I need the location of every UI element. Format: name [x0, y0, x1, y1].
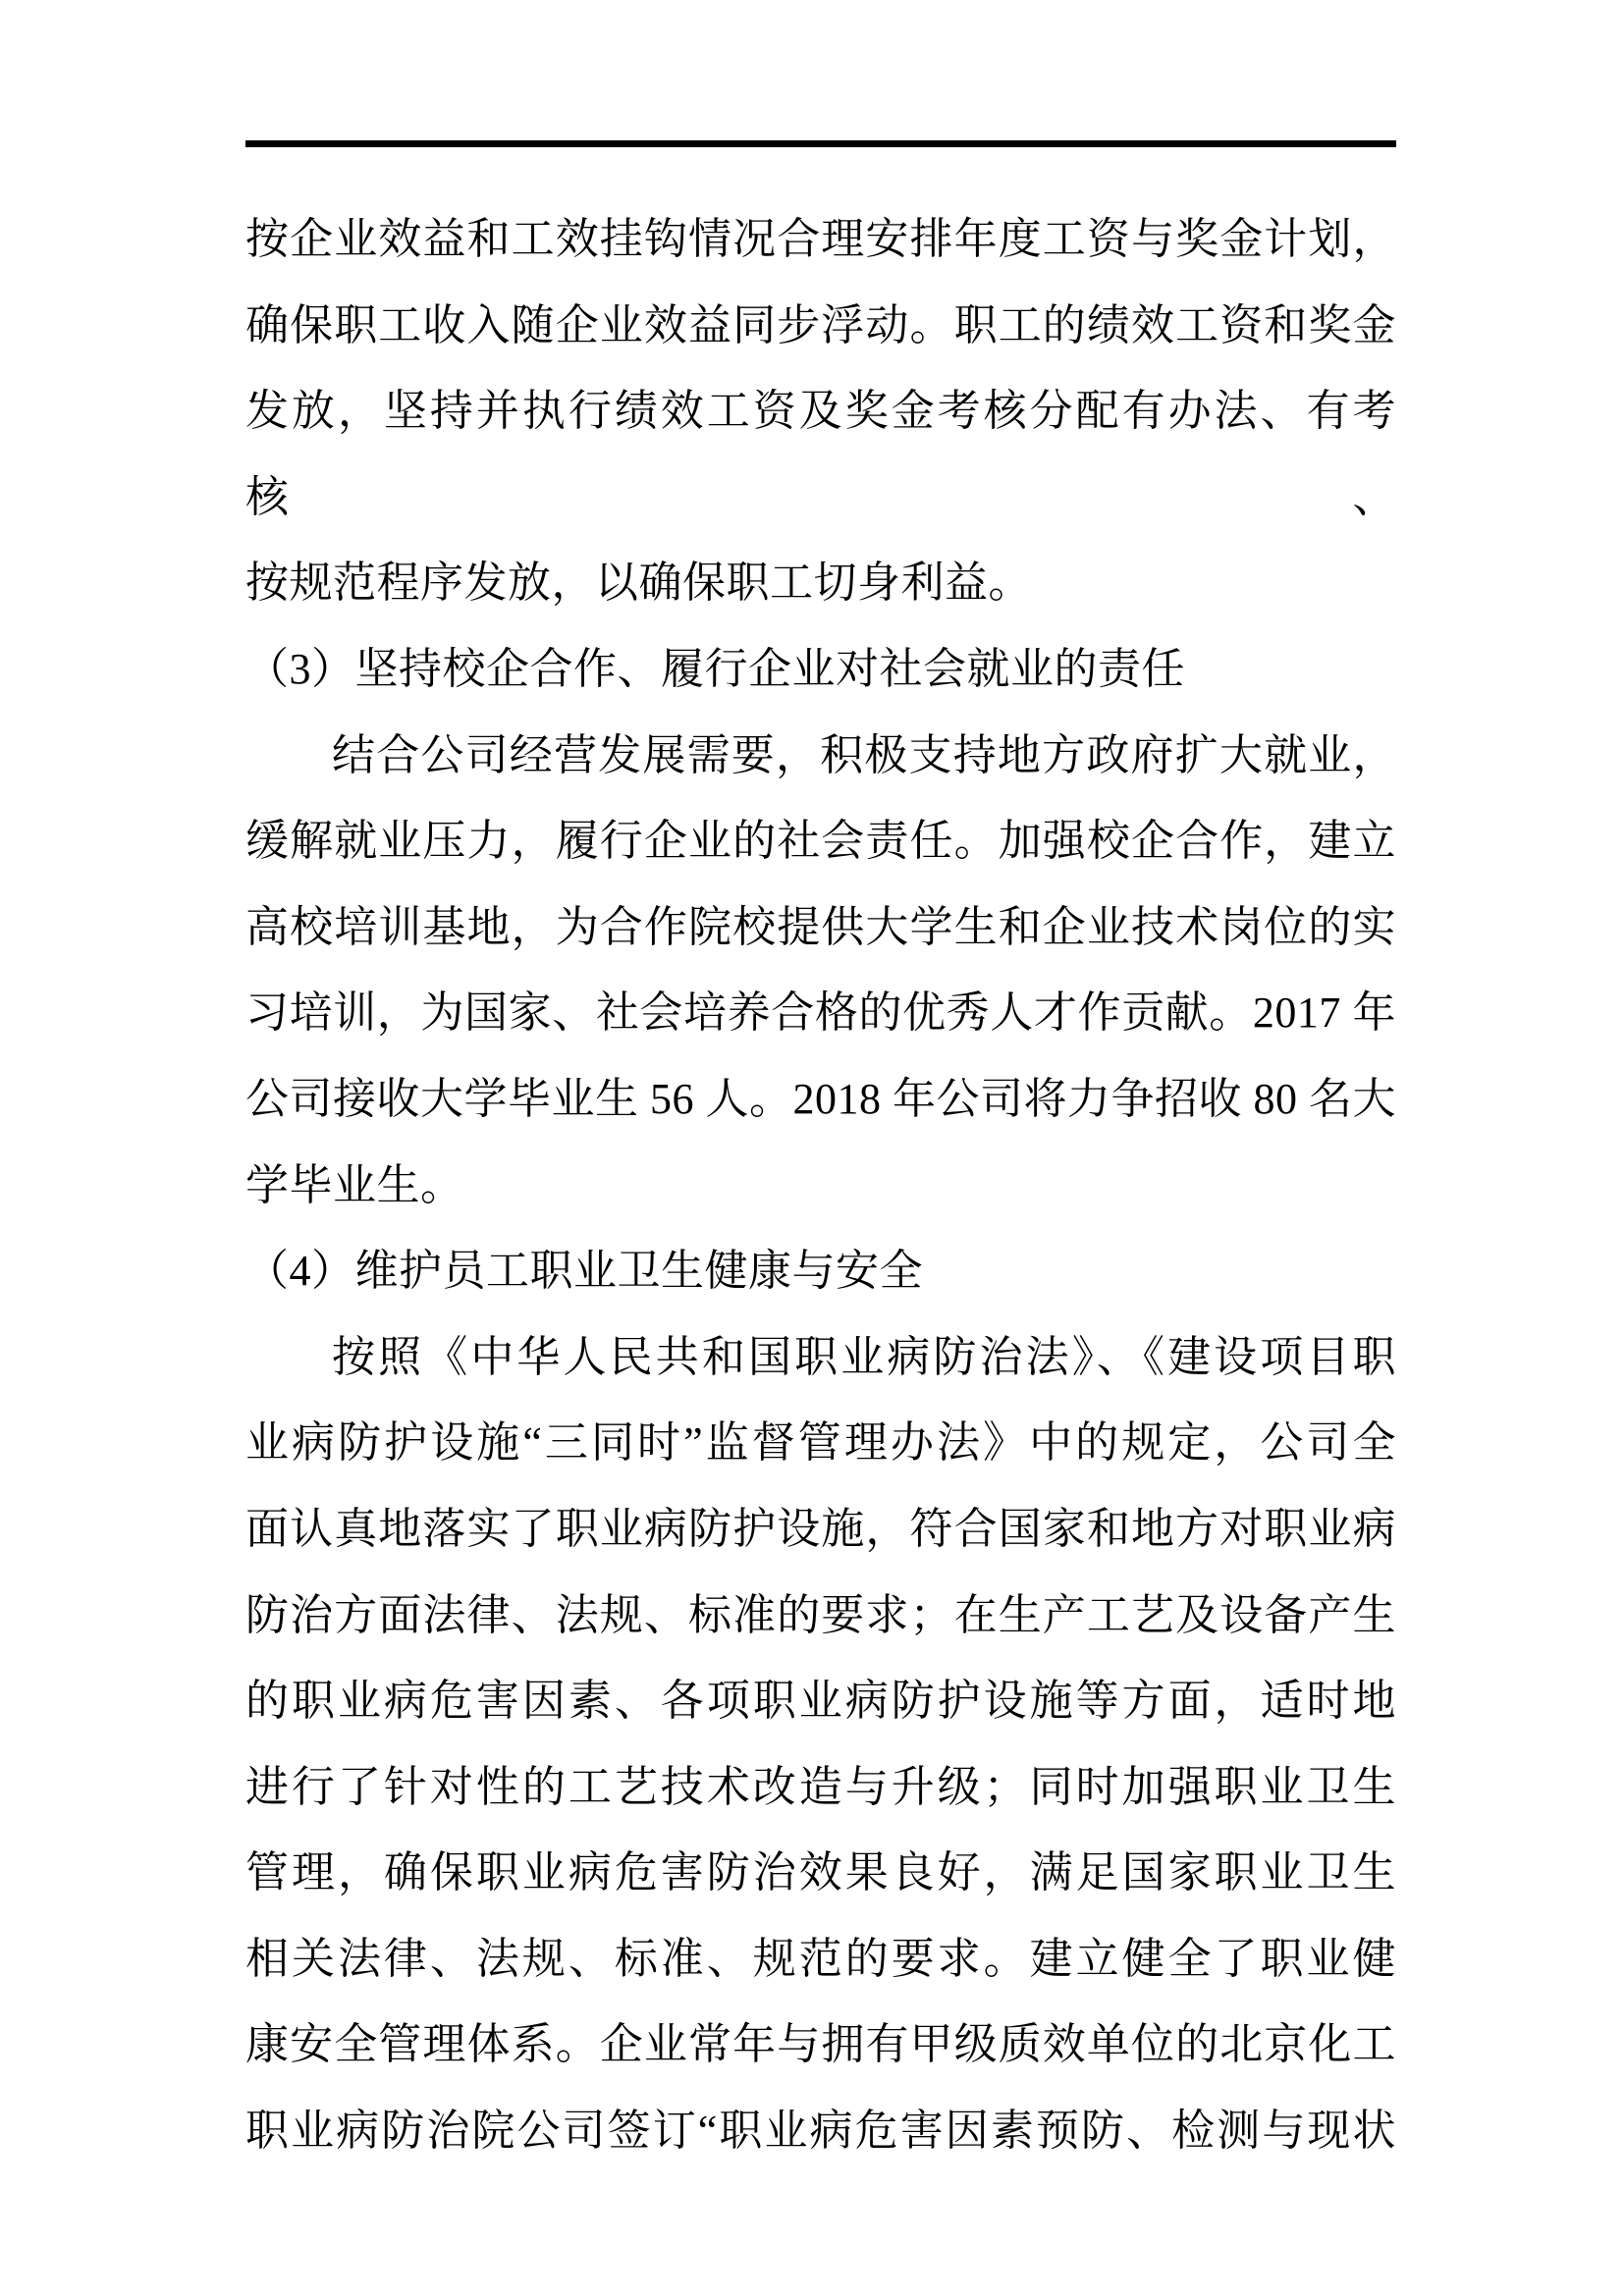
text-line: 确保职工收入随企业效益同步浮动。职工的绩效工资和奖金 — [245, 283, 1396, 369]
text-line: 防治方面法律、法规、标准的要求；在生产工艺及设备产生 — [245, 1573, 1396, 1659]
section-heading: （4）维护员工职业卫生健康与安全 — [245, 1228, 1396, 1314]
text-line: 康安全管理体系。企业常年与拥有甲级质效单位的北京化工 — [245, 2002, 1396, 2088]
text-line: 按规范程序发放，以确保职工切身利益。 — [245, 540, 1396, 626]
text-line: 结合公司经营发展需要，积极支持地方政府扩大就业， — [245, 713, 1396, 799]
text-line: 缓解就业压力，履行企业的社会责任。加强校企合作，建立 — [245, 798, 1396, 884]
text-line: 习培训，为国家、社会培养合格的优秀人才作贡献。2017 年 — [245, 970, 1396, 1056]
text-line: 公司接收大学毕业生 56 人。2018 年公司将力争招收 80 名大 — [245, 1056, 1396, 1143]
text-line: 按企业效益和工效挂钩情况合理安排年度工资与奖金计划， — [245, 196, 1396, 283]
text-line: 职业病防治院公司签订“职业病危害因素预防、检测与现状 — [245, 2088, 1396, 2174]
text-line: 管理，确保职业病危害防治效果良好，满足国家职业卫生 — [245, 1830, 1396, 1916]
header-rule — [245, 140, 1396, 147]
document-body: 按企业效益和工效挂钩情况合理安排年度工资与奖金计划， 确保职工收入随企业效益同步… — [245, 196, 1396, 2174]
text-line: 发放，坚持并执行绩效工资及奖金考核分配有办法、有考核、 — [245, 368, 1396, 540]
text-line: 进行了针对性的工艺技术改造与升级；同时加强职业卫生 — [245, 1744, 1396, 1831]
text-line: 学毕业生。 — [245, 1143, 1396, 1229]
text-line: 按照《中华人民共和国职业病防治法》、《建设项目职 — [245, 1314, 1396, 1401]
section-heading: （3）坚持校企合作、履行企业对社会就业的责任 — [245, 626, 1396, 713]
text-line: 的职业病危害因素、各项职业病防护设施等方面，适时地 — [245, 1658, 1396, 1744]
text-line: 高校培训基地，为合作院校提供大学生和企业技术岗位的实 — [245, 884, 1396, 971]
text-line: 面认真地落实了职业病防护设施，符合国家和地方对职业病 — [245, 1486, 1396, 1573]
text-line: 相关法律、法规、标准、规范的要求。建立健全了职业健 — [245, 1916, 1396, 2002]
text-line: 业病防护设施“三同时”监督管理办法》中的规定，公司全 — [245, 1400, 1396, 1486]
